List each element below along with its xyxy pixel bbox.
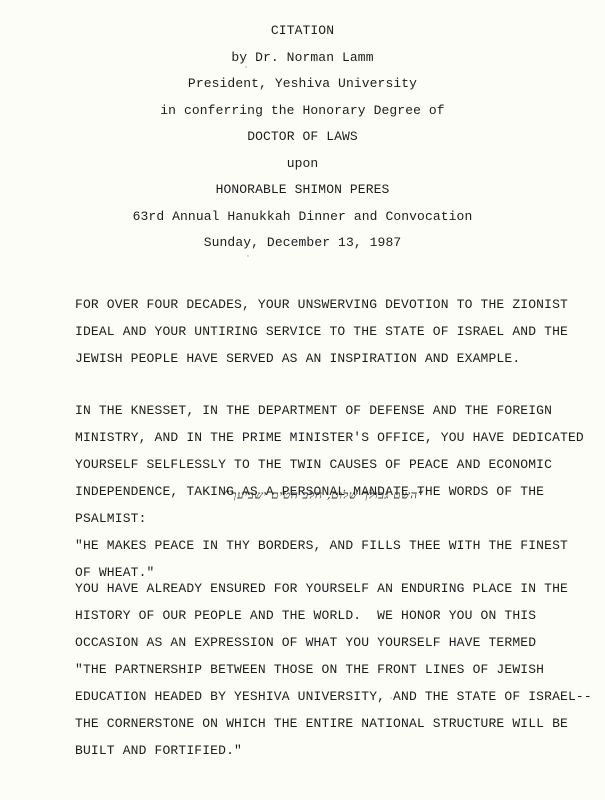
paragraph-3: YOU HAVE ALREADY ENSURED FOR YOURSELF AN… [75, 575, 592, 764]
honoree-name: HONORABLE SHIMON PERES [0, 177, 605, 204]
paper-speck [245, 66, 247, 68]
event-name: 63rd Annual Hanukkah Dinner and Convocat… [0, 204, 605, 231]
author-position: President, Yeshiva University [0, 71, 605, 98]
text-line: OCCASION AS AN EXPRESSION OF WHAT YOU YO… [75, 629, 592, 656]
text-line: YOU HAVE ALREADY ENSURED FOR YOURSELF AN… [75, 575, 592, 602]
text-line: IN THE KNESSET, IN THE DEPARTMENT OF DEF… [75, 397, 584, 424]
text-line: BUILT AND FORTIFIED." [75, 737, 592, 764]
text-line: EDUCATION HEADED BY YESHIVA UNIVERSITY, … [75, 683, 592, 710]
citation-page: CITATION by Dr. Norman Lamm President, Y… [0, 0, 605, 800]
text-line: JEWISH PEOPLE HAVE SERVED AS AN INSPIRAT… [75, 345, 568, 372]
text-line: "THE PARTNERSHIP BETWEEN THOSE ON THE FR… [75, 656, 592, 683]
degree-name: DOCTOR OF LAWS [0, 124, 605, 151]
text-line: MINISTRY, AND IN THE PRIME MINISTER'S OF… [75, 424, 584, 451]
author-line: by Dr. Norman Lamm [0, 45, 605, 72]
event-date: Sunday, December 13, 1987 [0, 230, 605, 257]
psalmist-label: PSALMIST: [75, 505, 584, 532]
text-line: IDEAL AND YOUR UNTIRING SERVICE TO THE S… [75, 318, 568, 345]
text-line: YOURSELF SELFLESSLY TO THE TWIN CAUSES O… [75, 451, 584, 478]
text-line: THE CORNERSTONE ON WHICH THE ENTIRE NATI… [75, 710, 592, 737]
conferring-line: in conferring the Honorary Degree of [0, 98, 605, 125]
upon-line: upon [0, 151, 605, 178]
citation-title: CITATION [0, 18, 605, 45]
paper-speck [390, 697, 392, 699]
paper-speck [247, 255, 249, 257]
citation-header: CITATION by Dr. Norman Lamm President, Y… [0, 18, 605, 257]
psalm-quote-line: "HE MAKES PEACE IN THY BORDERS, AND FILL… [75, 532, 584, 559]
handwritten-hebrew-verse: “השם גבולך שלום, חלב חטים ישביעך” [224, 489, 424, 503]
text-line: FOR OVER FOUR DECADES, YOUR UNSWERVING D… [75, 291, 568, 318]
paragraph-1: FOR OVER FOUR DECADES, YOUR UNSWERVING D… [75, 291, 568, 372]
text-line: HISTORY OF OUR PEOPLE AND THE WORLD. WE … [75, 602, 592, 629]
